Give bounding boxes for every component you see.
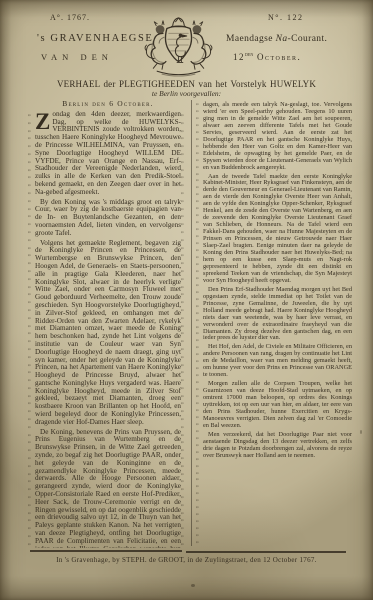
year-label: A°. 1767. <box>50 13 90 22</box>
margin-quote-marks: „ „ „ „ „ „ „ „ „ „ „ „ „ „ „ „ „ „ „ „ … <box>196 100 203 548</box>
article-columns: „ „ „ „ „ „ „ „ „ „ „ „ „ „ „ „ „ „ „ „ … <box>28 100 352 548</box>
masthead-title-right-part2: -Courant. <box>288 34 328 44</box>
margin-quote-marks: „ „ „ „ „ „ „ „ „ „ „ „ „ „ „ „ „ „ „ „ … <box>181 100 188 548</box>
column-left-paragraphs: Zondag den 4den deezer, merkwaerdigen Da… <box>35 111 181 548</box>
paragraph: Het Hof, den Adel, de Civiele en Militai… <box>203 344 352 379</box>
masthead-date-month: October. <box>253 52 301 62</box>
paper-stain <box>360 430 362 434</box>
footer-rule-right <box>186 551 346 553</box>
paragraph: Morgen zullen alle de Corpsen Troupen, w… <box>203 381 352 430</box>
paragraph: Men verzeekerd, dat het Doorlugtige Paar… <box>203 432 352 460</box>
issue-number-label: N°. 122 <box>268 13 303 22</box>
paragraph: By den Koning was 's middags groot en ta… <box>35 199 181 238</box>
paper-stain <box>191 584 195 587</box>
paragraph: Den Prins Erf-Stadhouder Maendag morgen … <box>203 287 352 343</box>
headline-line2: te Berlin voorgevallen: <box>0 89 373 98</box>
masthead-date-ordinal: den <box>245 52 253 58</box>
column-divider <box>188 100 196 548</box>
paragraph: Zondag den 4den deezer, merkwaerdigen Da… <box>35 111 181 197</box>
imprint-line: In 's Gravenhage, by STEPH. de GROOT, in… <box>0 556 373 564</box>
newspaper-page: A°. 1767. N°. 122 's GRAVENHAEGSE Maenda… <box>0 0 373 600</box>
column-right-text: dagen, als meede een talryk Na-geslagt, … <box>203 100 352 548</box>
masthead-title-right-na: Na <box>276 34 288 44</box>
footer-rule-left <box>30 550 182 552</box>
column-right-paragraphs: dagen, als meede een talryk Na-geslagt, … <box>203 102 352 460</box>
masthead-date-day: 12 <box>233 52 245 62</box>
paragraph: dagen, als meede een talryk Na-geslagt, … <box>203 102 352 172</box>
margin-quote-marks: „ „ „ „ „ „ „ „ „ „ „ „ „ „ „ „ „ „ „ „ … <box>28 100 35 548</box>
masthead-title-right: Maendagse Na-Courant. <box>226 34 327 44</box>
paragraph: Volgens het gemaekte Reglement, begaven … <box>35 240 181 427</box>
column-right: „ „ „ „ „ „ „ „ „ „ „ „ „ „ „ „ „ „ „ „ … <box>196 100 352 548</box>
headline-line1: VERHAEL der PLEGTIGHEEDEN van het Vorste… <box>0 79 373 89</box>
column-left: „ „ „ „ „ „ „ „ „ „ „ „ „ „ „ „ „ „ „ „ … <box>28 100 188 548</box>
paragraph: De Koning, benevens de Prins van Pruysse… <box>35 429 181 548</box>
dateline: Berlin den 6 October. <box>35 100 181 108</box>
masthead-van-den: VAN DEN <box>41 52 113 62</box>
column-left-text: Berlin den 6 October. Zondag den 4den de… <box>35 100 181 548</box>
masthead-date: 12den October. <box>233 52 301 62</box>
masthead-title-right-part1: Maendagse <box>226 34 276 44</box>
paragraph: Aan de tweede Tafel maekte den eerste Ko… <box>203 174 352 285</box>
drop-cap: Z <box>35 111 52 132</box>
hague-coat-of-arms-icon <box>130 14 227 78</box>
